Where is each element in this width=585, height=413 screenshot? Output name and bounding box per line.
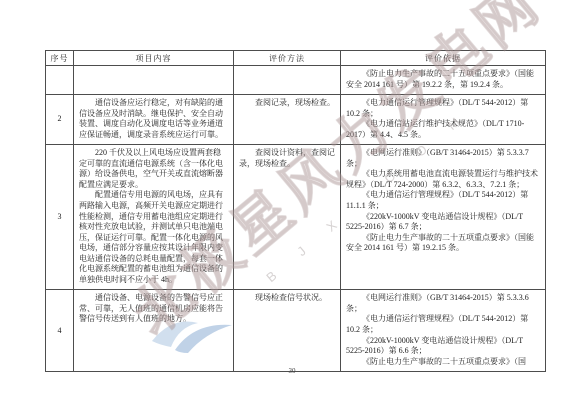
row-number-cell: 2 xyxy=(46,95,74,145)
evaluation-basis-cell: 《防止电力生产事故的二十五项重点要求》（国能安全 2014 161 号）第 19… xyxy=(341,66,546,95)
item-content-cell xyxy=(74,66,234,95)
row-number-cell: 4 xyxy=(46,290,74,372)
evaluation-method-cell: 现场检查信号状况。 xyxy=(234,290,341,372)
table-header-row: 序号 项目内容 评价方法 评价依据 xyxy=(46,51,546,66)
paragraph: 《电力通信运行管理规程》（DL/T 544-2012）第 10.2 条； xyxy=(346,314,540,335)
paragraph: 通信设备、电源设备的告警信号应正常、可靠，无人值班的通信机房应能将告警信号传送到… xyxy=(79,293,228,325)
evaluation-method-cell: 查阅记录，现场检查。 xyxy=(234,95,341,145)
paragraph: 《电力通信站运行维护技术规范》（DL/T 1710-2017）第 4.4、4.5… xyxy=(346,119,540,140)
paragraph: 通信设备应运行稳定，对有缺陷的通信设备应及时消缺。继电保护、安全自动装置、调度自… xyxy=(79,98,228,140)
paragraph: 《220kV-1000kV 变电站通信设计规程》（DL/T 5225-2016）… xyxy=(346,336,540,357)
item-content-cell: 通信设备、电源设备的告警信号应正常、可靠，无人值班的通信机房应能将告警信号传送到… xyxy=(74,290,234,372)
item-content-cell: 220 千伏及以上风电场应设置两套稳定可靠的直流通信电源系统（含一体化电源）给设… xyxy=(74,145,234,290)
evaluation-method-cell: 查阅设计资料，查阅记录，现场检查。 xyxy=(234,145,341,290)
paragraph: 查阅记录，现场检查。 xyxy=(239,98,335,109)
paragraph: 《电网运行准则》（GB/T 31464-2015）第 5.3.3.7 条； xyxy=(346,148,540,169)
paragraph: 《220kV-1000kV 变电站通信设计规程》（DL/T 5225-2016）… xyxy=(346,212,540,233)
paragraph: 《电网运行准则》（GB/T 31464-2015）第 5.3.3.6 条； xyxy=(346,293,540,314)
evaluation-method-cell xyxy=(234,66,341,95)
page-number: 30 xyxy=(272,367,312,375)
evaluation-basis-cell: 《电网运行准则》（GB/T 31464-2015）第 5.3.3.7 条；《电力… xyxy=(341,145,546,290)
header-item-content: 项目内容 xyxy=(74,51,234,66)
paragraph: 查阅设计资料，查阅记录，现场检查。 xyxy=(239,148,335,169)
evaluation-basis-cell: 《电力通信运行管理规程》（DL/T 544-2012）第 10.2 条；《电力通… xyxy=(341,95,546,145)
item-content-cell: 通信设备应运行稳定，对有缺陷的通信设备应及时消缺。继电保护、安全自动装置、调度自… xyxy=(74,95,234,145)
row-number-cell xyxy=(46,66,74,95)
header-evaluation-basis: 评价依据 xyxy=(341,51,546,66)
row-number-cell: 3 xyxy=(46,145,74,290)
paragraph: 《防止电力生产事故的二十五项重点要求》（国 xyxy=(346,357,540,368)
paragraph: 配置通信专用电源的风电场，应具有两路输入电源，高频开关电源应定期进行性能检测，通… xyxy=(79,190,228,285)
table-row-3: 3 220 千伏及以上风电场应设置两套稳定可靠的直流通信电源系统（含一体化电源）… xyxy=(46,145,546,290)
table-row-2: 2 通信设备应运行稳定，对有缺陷的通信设备应及时消缺。继电保护、安全自动装置、调… xyxy=(46,95,546,145)
paragraph: 《电力系统用蓄电池直流电源装置运行与维护技术规程》（DL/T 724-2000）… xyxy=(346,169,540,190)
evaluation-table: 序号 项目内容 评价方法 评价依据 《防止电力生产事故的二十五项重点要求》（国能… xyxy=(45,50,546,372)
table-row-continuation: 《防止电力生产事故的二十五项重点要求》（国能安全 2014 161 号）第 19… xyxy=(46,66,546,95)
paragraph: 《电力通信运行管理规程》（DL/T 544-2012）第 11.1.1 条； xyxy=(346,190,540,211)
header-evaluation-method: 评价方法 xyxy=(234,51,341,66)
paragraph: 220 千伏及以上风电场应设置两套稳定可靠的直流通信电源系统（含一体化电源）给设… xyxy=(79,148,228,190)
paragraph: 《防止电力生产事故的二十五项重点要求》（国能安全 2014 161 号）第 19… xyxy=(346,69,540,90)
paragraph: 《电力通信运行管理规程》（DL/T 544-2012）第 10.2 条； xyxy=(346,98,540,119)
table-row-4: 4 通信设备、电源设备的告警信号应正常、可靠，无人值班的通信机房应能将告警信号传… xyxy=(46,290,546,372)
paragraph: 现场检查信号状况。 xyxy=(239,293,335,304)
paragraph: 《防止电力生产事故的二十五项重点要求》（国能安全 2014 161 号）第 19… xyxy=(346,233,540,254)
document-page: { "page": { "number": "30" }, "watermark… xyxy=(0,0,585,413)
header-serial-number: 序号 xyxy=(46,51,74,66)
evaluation-basis-cell: 《电网运行准则》（GB/T 31464-2015）第 5.3.3.6 条；《电力… xyxy=(341,290,546,372)
